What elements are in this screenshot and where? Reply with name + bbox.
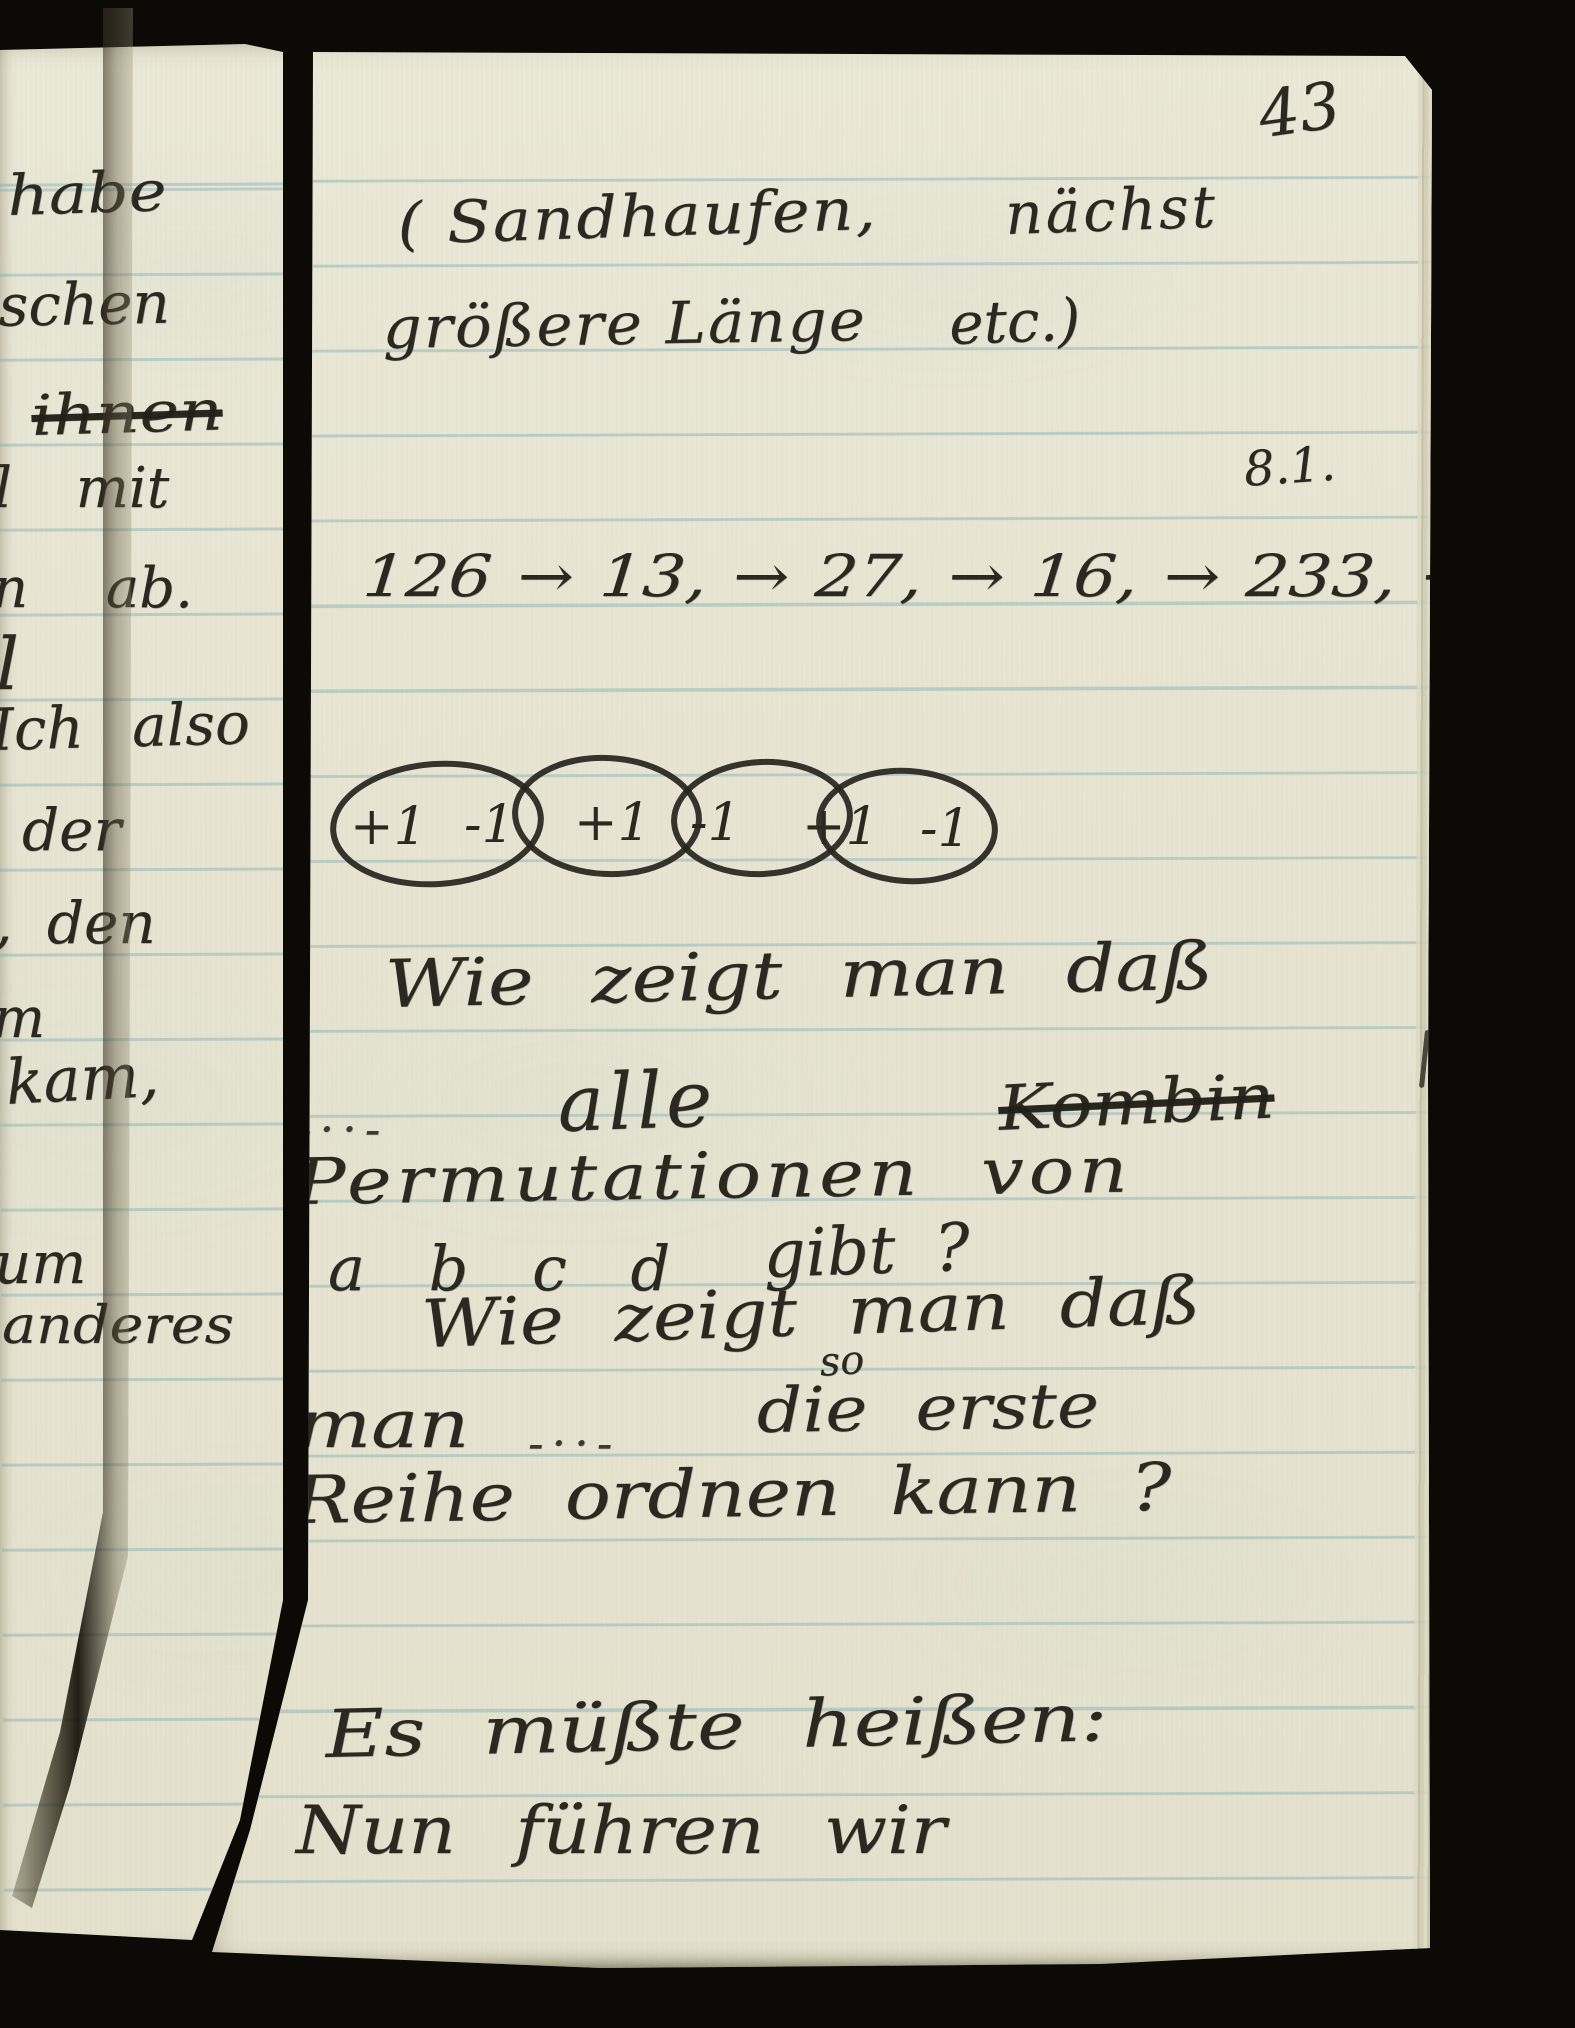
question2-rest: die erste <box>756 1369 1100 1447</box>
left-fragment: anderes <box>2 1296 234 1356</box>
sign-token: -1 <box>920 799 971 859</box>
closing-line2: Nun führen wir <box>296 1792 946 1869</box>
left-fragment: 'schen <box>0 269 170 340</box>
right-page: 43 ( Sandhaufen, nächst größere Länge et… <box>196 44 1446 1968</box>
left-fragment: m <box>0 986 45 1051</box>
left-fragment: n ab. <box>0 556 193 621</box>
sign-token: +1 <box>350 797 427 857</box>
left-fragment: kam, <box>4 1038 161 1119</box>
sign-token: -1 <box>690 793 741 853</box>
left-fragment: habe <box>6 159 168 229</box>
left-fragment: l mit <box>0 456 169 521</box>
left-fragment: , den <box>0 889 156 957</box>
left-fragment: Ich also <box>0 689 251 764</box>
date-label: 8.1. <box>1242 436 1337 498</box>
number-sequence: 126 → 13, → 27, → 16, → 233, → 18 <box>360 542 1575 610</box>
left-fragment-struck: ihnen <box>30 378 224 449</box>
page-number: 43 <box>1254 69 1345 154</box>
sign-token: +1 <box>802 797 879 857</box>
notebook-scan: habe 'schen ihnen l mit n ab. l Ich also… <box>0 0 1575 2028</box>
sign-token: -1 <box>464 795 515 855</box>
question1-line3: Permutationen von <box>294 1134 1133 1220</box>
question2-line3: Reihe ordnen kann ? <box>292 1449 1172 1539</box>
note-line2-close: etc.) <box>948 285 1081 358</box>
page-stack-edge <box>1414 58 1445 1954</box>
question1-struck-word: Kombin <box>996 1059 1276 1144</box>
left-page: habe 'schen ihnen l mit n ab. l Ich also… <box>0 44 320 1960</box>
question2-man: man <box>296 1386 469 1463</box>
left-fragment: l <box>0 622 19 706</box>
left-fragment: der <box>22 796 121 864</box>
circled-signs-group: +1 -1 +1 -1 +1 -1 <box>322 742 1002 912</box>
sign-token: +1 <box>574 793 651 853</box>
note-line2: größere Länge <box>382 286 867 362</box>
left-fragment: um <box>0 1229 86 1297</box>
note-line1-cont: nächst <box>1004 173 1219 248</box>
question1-alle: alle <box>556 1054 718 1149</box>
